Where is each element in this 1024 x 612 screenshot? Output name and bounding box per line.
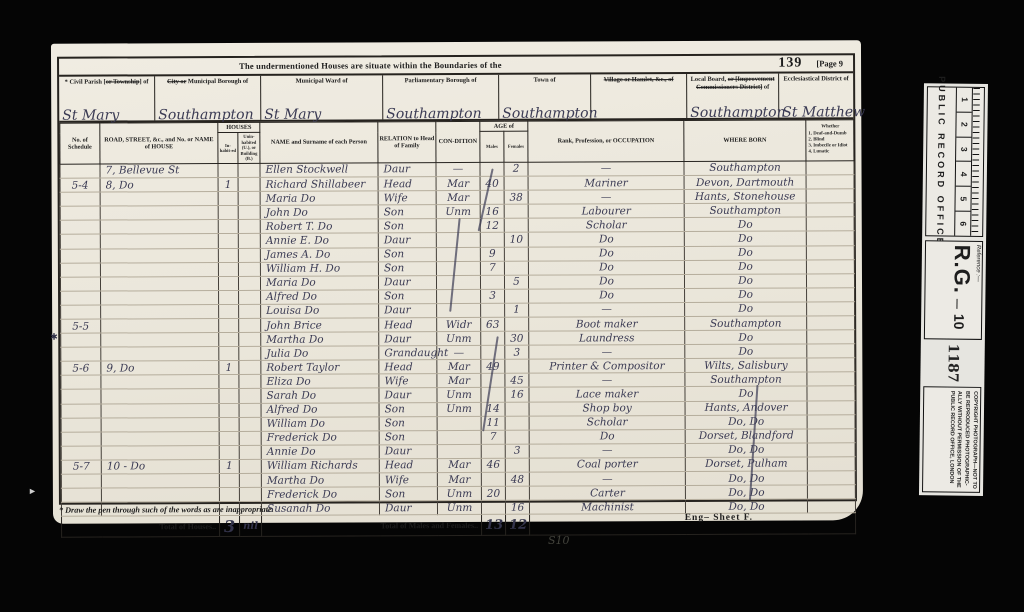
total-houses-label: Total of Houses.. [62, 516, 220, 538]
district-value: Southampton [386, 106, 481, 122]
cell-schedule: 5-6 [61, 361, 101, 375]
cell-uninh [238, 276, 260, 290]
cell-condition [437, 444, 481, 458]
cell-condition [437, 416, 481, 430]
cell-condition: Unm [437, 486, 481, 500]
cell-f: 48 [505, 472, 529, 486]
cell-uninh [239, 459, 261, 473]
cell-condition [436, 247, 480, 261]
cell-infirm [807, 471, 855, 485]
cell-schedule [60, 220, 100, 234]
stray-pencil-mark: S10 [548, 534, 570, 547]
census-table-body: 7, Bellevue StEllen StockwellDaur—2—Sout… [60, 161, 856, 517]
cell-inh [219, 304, 239, 318]
district-cell: Town ofSouthampton [499, 74, 591, 118]
cell-f: 38 [504, 190, 528, 204]
cell-inh [218, 276, 238, 290]
cell-road [101, 389, 219, 404]
cell-schedule [61, 432, 101, 446]
cell-occ: Scholar [528, 218, 684, 233]
header-road: ROAD, STREET, &c., and No. or NAME of HO… [100, 123, 218, 164]
cell-inh [218, 262, 238, 276]
cell-relation: Daur [378, 233, 436, 247]
cell-condition: Mar [437, 360, 481, 374]
cell-relation: Head [379, 318, 437, 332]
cell-f [505, 317, 529, 331]
cell-uninh [239, 347, 261, 361]
cell-m: 7 [480, 261, 504, 275]
infirmity-item: 4. Lunatic [808, 150, 852, 156]
infirmity-items: 1. Deaf-and-Dumb2. Blind3. Imbecile or I… [808, 131, 852, 156]
cell-f: 1 [505, 303, 529, 317]
cell-name: Richard Shillabeer [260, 177, 378, 192]
cell-f: 45 [505, 374, 529, 388]
cell-m [481, 303, 505, 317]
cell-condition: Mar [437, 374, 481, 388]
cell-relation: Daur [378, 275, 436, 289]
district-label: * Civil Parish [or Township] of [59, 76, 154, 86]
scanned-census-page: { "page": { "top_note": "The undermentio… [0, 0, 1024, 612]
cell-name: Frederick Do [261, 487, 379, 502]
cell-inh: 1 [219, 459, 239, 473]
cell-name: Annie Do [261, 445, 379, 460]
district-cell: Municipal Ward ofSt Mary [261, 75, 383, 120]
cell-inh [218, 248, 238, 262]
cell-road: 7, Bellevue St [100, 163, 218, 178]
cell-infirm [807, 400, 855, 414]
district-cell: Local Board, or [Improvement Commissione… [687, 74, 779, 118]
cell-uninh [239, 431, 261, 445]
cell-road: 10 - Do [101, 459, 219, 474]
cell-schedule [61, 305, 101, 319]
cell-occ: Coal porter [529, 457, 685, 472]
header-houses: HOUSES [218, 122, 260, 133]
cell-uninh [239, 445, 261, 459]
cell-condition: Unm [436, 205, 480, 219]
cell-relation: Wife [378, 191, 436, 205]
cell-uninh [238, 234, 260, 248]
cell-road [101, 319, 219, 334]
cell-condition: Unm [437, 388, 481, 402]
header-relation: RELATION to Head of Family [378, 122, 436, 163]
cell-born: Wilts, Salisbury [685, 358, 807, 373]
copyright-line: COPYRIGHT PHOTOGRAPH—NOT TO [969, 391, 978, 489]
cell-name: Martha Do [261, 473, 379, 488]
header-condition: CON-DITION [436, 121, 480, 162]
ruler-ticks [970, 88, 984, 236]
cell-inh [219, 403, 239, 417]
cell-born: Devon, Dartmouth [684, 175, 806, 190]
cell-uninh [239, 389, 261, 403]
cell-infirm [806, 203, 854, 217]
cell-occ: Do [528, 260, 684, 275]
cell-inh [219, 318, 239, 332]
cell-occ: Mariner [528, 176, 684, 191]
cell-name: Sarah Do [261, 388, 379, 403]
series-number: 10 [951, 314, 967, 330]
page-number-label: [Page 9 [816, 58, 843, 68]
cell-inh [219, 389, 239, 403]
copyright-line: BE REPRODUCED PHOTOGRAPHIC- [961, 391, 970, 489]
cell-relation: Wife [379, 374, 437, 388]
cell-inh [219, 488, 239, 502]
ruler-number: 3 [956, 137, 971, 162]
cell-schedule [60, 192, 100, 206]
cell-infirm [806, 231, 854, 245]
cell-occ: — [529, 443, 685, 458]
cell-f [505, 359, 529, 373]
cell-name: James A. Do [260, 247, 378, 262]
district-label: Town of [499, 74, 590, 84]
cell-condition: — [436, 162, 480, 176]
boundaries-note: The undermentioned Houses are situate wi… [239, 60, 502, 71]
office-name: PUBLIC RECORD OFFICE [926, 87, 956, 235]
cell-relation: Daur [379, 303, 437, 317]
cell-m: 40 [480, 176, 504, 190]
ruler-number: 5 [955, 187, 970, 212]
cell-f: 16 [505, 388, 529, 402]
cell-uninh [238, 191, 260, 205]
cell-born: Do [684, 274, 806, 289]
ruler-number: 1 [957, 88, 972, 113]
cell-relation: Head [379, 360, 437, 374]
piece-number: 1187 [923, 343, 981, 383]
cell-relation: Head [378, 177, 436, 191]
cell-infirm [806, 259, 854, 273]
cell-inh [218, 192, 238, 206]
cell-born: Hants, Stonehouse [684, 189, 806, 204]
district-cell: Parliamentary Borough ofSouthampton [383, 75, 499, 120]
cell-infirm [807, 358, 855, 372]
cell-name: Eliza Do [261, 374, 379, 389]
cell-occ: Do [528, 246, 684, 261]
ruler-numbers: 123456 [954, 88, 972, 236]
cell-infirm [806, 273, 854, 287]
cell-schedule [60, 277, 100, 291]
cell-name: Alfred Do [261, 402, 379, 417]
cell-uninh [238, 206, 260, 220]
cell-occ: — [529, 472, 685, 487]
cell-road [101, 445, 219, 460]
cell-born: Hants, Andover [685, 401, 807, 416]
series-code: R.G. [948, 245, 975, 295]
cell-born: Do, Do [685, 443, 807, 458]
total-inhabited: 3 [220, 516, 240, 537]
cell-condition [436, 275, 480, 289]
cell-m: 12 [480, 219, 504, 233]
cell-m [481, 374, 505, 388]
cell-relation: Son [378, 247, 436, 261]
cell-relation: Wife [379, 473, 437, 487]
cell-infirm [807, 457, 855, 471]
cell-infirm [807, 344, 855, 358]
cell-name: Louisa Do [261, 304, 379, 319]
cell-uninh [239, 375, 261, 389]
cell-infirm [806, 175, 854, 189]
cell-uninh [238, 220, 260, 234]
cell-name: Annie E. Do [260, 233, 378, 248]
cell-m [480, 233, 504, 247]
cell-name: Robert Taylor [261, 360, 379, 375]
margin-arrow-mark: ► [28, 486, 37, 496]
cell-condition [437, 289, 481, 303]
cell-relation: Grandaught [379, 346, 437, 360]
cell-name: Robert T. Do [260, 219, 378, 234]
cell-relation: Daur [379, 388, 437, 402]
cell-infirm [806, 245, 854, 259]
header-uninhabited: Unin-habited (U.), or Building (B.) [238, 133, 260, 164]
cell-relation: Daur [379, 332, 437, 346]
cell-condition [437, 303, 481, 317]
cell-name: Alfred Do [261, 290, 379, 305]
cell-name: Frederick Do [261, 431, 379, 446]
cell-born: Southampton [684, 203, 806, 218]
cell-uninh [238, 248, 260, 262]
cell-relation: Son [379, 487, 437, 501]
cell-condition: Mar [437, 458, 481, 472]
cell-m [481, 472, 505, 486]
cell-relation: Son [379, 430, 437, 444]
cell-born: Southampton [684, 161, 806, 176]
cell-condition [437, 430, 481, 444]
form-frame: The undermentioned Houses are situate wi… [57, 53, 857, 504]
cell-name: William Richards [261, 459, 379, 474]
cell-road [101, 333, 219, 348]
cell-occ: Printer & Compositor [529, 359, 685, 374]
district-value: Southampton [502, 105, 597, 121]
cell-occ: Shop boy [529, 401, 685, 416]
cell-born: Do [684, 217, 806, 232]
cell-f [505, 289, 529, 303]
district-value: St Mary [264, 107, 321, 123]
cell-m [481, 331, 505, 345]
cell-inh [219, 347, 239, 361]
cell-road [100, 276, 218, 291]
copyright-line: ALLY WITHOUT PERMISSION OF THE [954, 391, 963, 489]
cell-road [101, 417, 219, 432]
total-uninhabited: nil [240, 516, 262, 537]
header-schedule: No. of Schedule [60, 123, 100, 164]
cell-schedule [61, 291, 101, 305]
cell-relation: Daur [379, 444, 437, 458]
cell-uninh [239, 290, 261, 304]
cell-schedule [61, 488, 101, 502]
cell-schedule [61, 333, 101, 347]
column-headers: No. of Schedule ROAD, STREET, &c., and N… [60, 120, 854, 164]
cell-inh [218, 220, 238, 234]
cell-schedule [61, 347, 101, 361]
cell-road [101, 431, 219, 446]
cell-infirm [807, 386, 855, 400]
cell-f [505, 402, 529, 416]
cell-schedule: 5-7 [61, 460, 101, 474]
district-label: Village or Hamlet, &c., of [591, 74, 686, 84]
copyright-notice: COPYRIGHT PHOTOGRAPH—NOT TOBE REPRODUCED… [922, 386, 981, 492]
cell-born: Do, Do [685, 415, 807, 430]
cell-born: Do [685, 302, 807, 317]
cell-infirm [807, 316, 855, 330]
district-value: Southampton [158, 107, 253, 123]
cell-uninh [239, 332, 261, 346]
cell-infirm [807, 443, 855, 457]
district-label: City or Municipal Borough of [155, 76, 260, 86]
cell-name: Julia Do [261, 346, 379, 361]
cell-uninh [238, 262, 260, 276]
total-females: 12 [506, 514, 530, 535]
cell-road: 9, Do [101, 361, 219, 376]
cell-inh: 1 [218, 177, 238, 191]
district-cell: City or Municipal Borough ofSouthampton [155, 76, 261, 120]
cell-born: Do [685, 386, 807, 401]
cell-f [505, 430, 529, 444]
cell-m: 7 [481, 430, 505, 444]
cell-f [504, 176, 528, 190]
cell-schedule [61, 375, 101, 389]
cell-m [481, 444, 505, 458]
district-value: St Matthew [782, 104, 865, 120]
reference-label: Reference :— [974, 245, 981, 336]
cell-occ: Scholar [529, 415, 685, 430]
cell-infirm [807, 372, 855, 386]
cell-occ: Labourer [528, 204, 684, 219]
header-occupation: Rank, Profession, or OCCUPATION [528, 121, 684, 163]
cell-name: William Do [261, 416, 379, 431]
district-label: Local Board, or [Improvement Commissione… [687, 74, 778, 92]
header-where-born: WHERE BORN [684, 120, 806, 161]
cell-condition: Unm [437, 402, 481, 416]
header-infirmity: Whether 1. Deaf-and-Dumb2. Blind3. Imbec… [806, 120, 854, 161]
cell-name: Maria Do [260, 191, 378, 206]
cell-f: 3 [505, 345, 529, 359]
cell-uninh [239, 318, 261, 332]
cell-born: Do [684, 245, 806, 260]
cell-f: 2 [504, 162, 528, 176]
cell-schedule [61, 404, 101, 418]
cell-uninh [239, 304, 261, 318]
cell-infirm [807, 414, 855, 428]
cell-born: Southampton [685, 316, 807, 331]
cell-inh [219, 290, 239, 304]
cell-inh [219, 375, 239, 389]
cell-born: Dorset, Blandford [685, 429, 807, 444]
cell-relation: Head [379, 458, 437, 472]
cell-road [100, 220, 218, 235]
cell-m: 20 [481, 486, 505, 500]
reference-box: Reference :— R.G. — 10 [924, 240, 983, 339]
cell-occ: — [529, 345, 685, 360]
cell-born: Do [685, 344, 807, 359]
cell-occ: — [529, 302, 685, 317]
cell-schedule [60, 234, 100, 248]
cell-uninh [238, 163, 260, 177]
cell-condition: Widr [437, 317, 481, 331]
cell-occ: Do [529, 429, 685, 444]
cell-inh [219, 417, 239, 431]
cell-relation: Son [379, 402, 437, 416]
total-males-females-label: Total of Males and Females.. [262, 515, 482, 537]
cell-relation: Son [378, 219, 436, 233]
cell-occ: — [529, 373, 685, 388]
cell-infirm [807, 485, 855, 499]
cell-m: 63 [481, 317, 505, 331]
cell-occ: — [528, 190, 684, 205]
strip-content: 123456 PUBLIC RECORD OFFICE Reference :—… [919, 83, 988, 496]
cell-schedule [61, 418, 101, 432]
cell-inh [219, 431, 239, 445]
district-label: Municipal Ward of [261, 75, 382, 86]
cell-f: 30 [505, 331, 529, 345]
series-dash: — [951, 299, 962, 309]
cell-infirm [807, 288, 855, 302]
cell-born: Do [684, 260, 806, 275]
cell-occ: Do [528, 232, 684, 247]
cell-road [101, 290, 219, 305]
cell-road [100, 262, 218, 277]
cell-occ: Lace maker [529, 387, 685, 402]
cell-relation: Daur [378, 163, 436, 177]
ruler-number: 2 [956, 112, 971, 137]
cell-m [480, 275, 504, 289]
public-record-office-strip: 123456 PUBLIC RECORD OFFICE Reference :—… [922, 84, 988, 498]
cell-occ: Boot maker [529, 316, 685, 331]
cell-relation: Son [379, 289, 437, 303]
cell-relation: Son [378, 261, 436, 275]
cell-road [101, 403, 219, 418]
census-sheet: The undermentioned Houses are situate wi… [51, 40, 863, 524]
cell-condition: Mar [436, 191, 480, 205]
cell-inh [219, 445, 239, 459]
cell-born: Do [685, 288, 807, 303]
census-table: No. of Schedule ROAD, STREET, &c., and N… [59, 119, 856, 538]
cell-road [100, 192, 218, 207]
cell-relation: Son [379, 416, 437, 430]
sheet-label: Eng– Sheet F. [685, 513, 753, 523]
ruler-number: 4 [956, 162, 971, 187]
cell-uninh [238, 177, 260, 191]
cell-uninh [239, 403, 261, 417]
cell-schedule [60, 164, 100, 178]
header-name: NAME and Surname of each Person [260, 122, 378, 163]
cell-born: Do [684, 231, 806, 246]
header-age: AGE of [480, 121, 528, 132]
cell-condition: Mar [436, 176, 480, 190]
infirmity-item: 1. Deaf-and-Dumb [808, 131, 852, 137]
cell-inh [219, 473, 239, 487]
cell-inh [219, 333, 239, 347]
cell-infirm [807, 330, 855, 344]
cell-uninh [239, 473, 261, 487]
cell-road: 8, Do [100, 178, 218, 193]
cell-road [100, 248, 218, 263]
cell-f: 10 [504, 233, 528, 247]
cell-name: John Brice [261, 318, 379, 333]
cell-born: Dorset, Pulham [685, 457, 807, 472]
district-row: * Civil Parish [or Township] ofSt MaryCi… [59, 73, 853, 122]
cell-inh [218, 163, 238, 177]
cell-infirm [806, 217, 854, 231]
cell-schedule [60, 249, 100, 263]
cell-road [101, 488, 219, 503]
cell-name: William H. Do [260, 261, 378, 276]
cell-born: Do, Do [685, 485, 807, 500]
cell-f [504, 247, 528, 261]
cell-road [100, 206, 218, 221]
cell-occ: Do [529, 288, 685, 303]
cell-f [505, 416, 529, 430]
cell-inh: 1 [219, 361, 239, 375]
cell-name: Martha Do [261, 332, 379, 347]
cell-born: Southampton [685, 372, 807, 387]
